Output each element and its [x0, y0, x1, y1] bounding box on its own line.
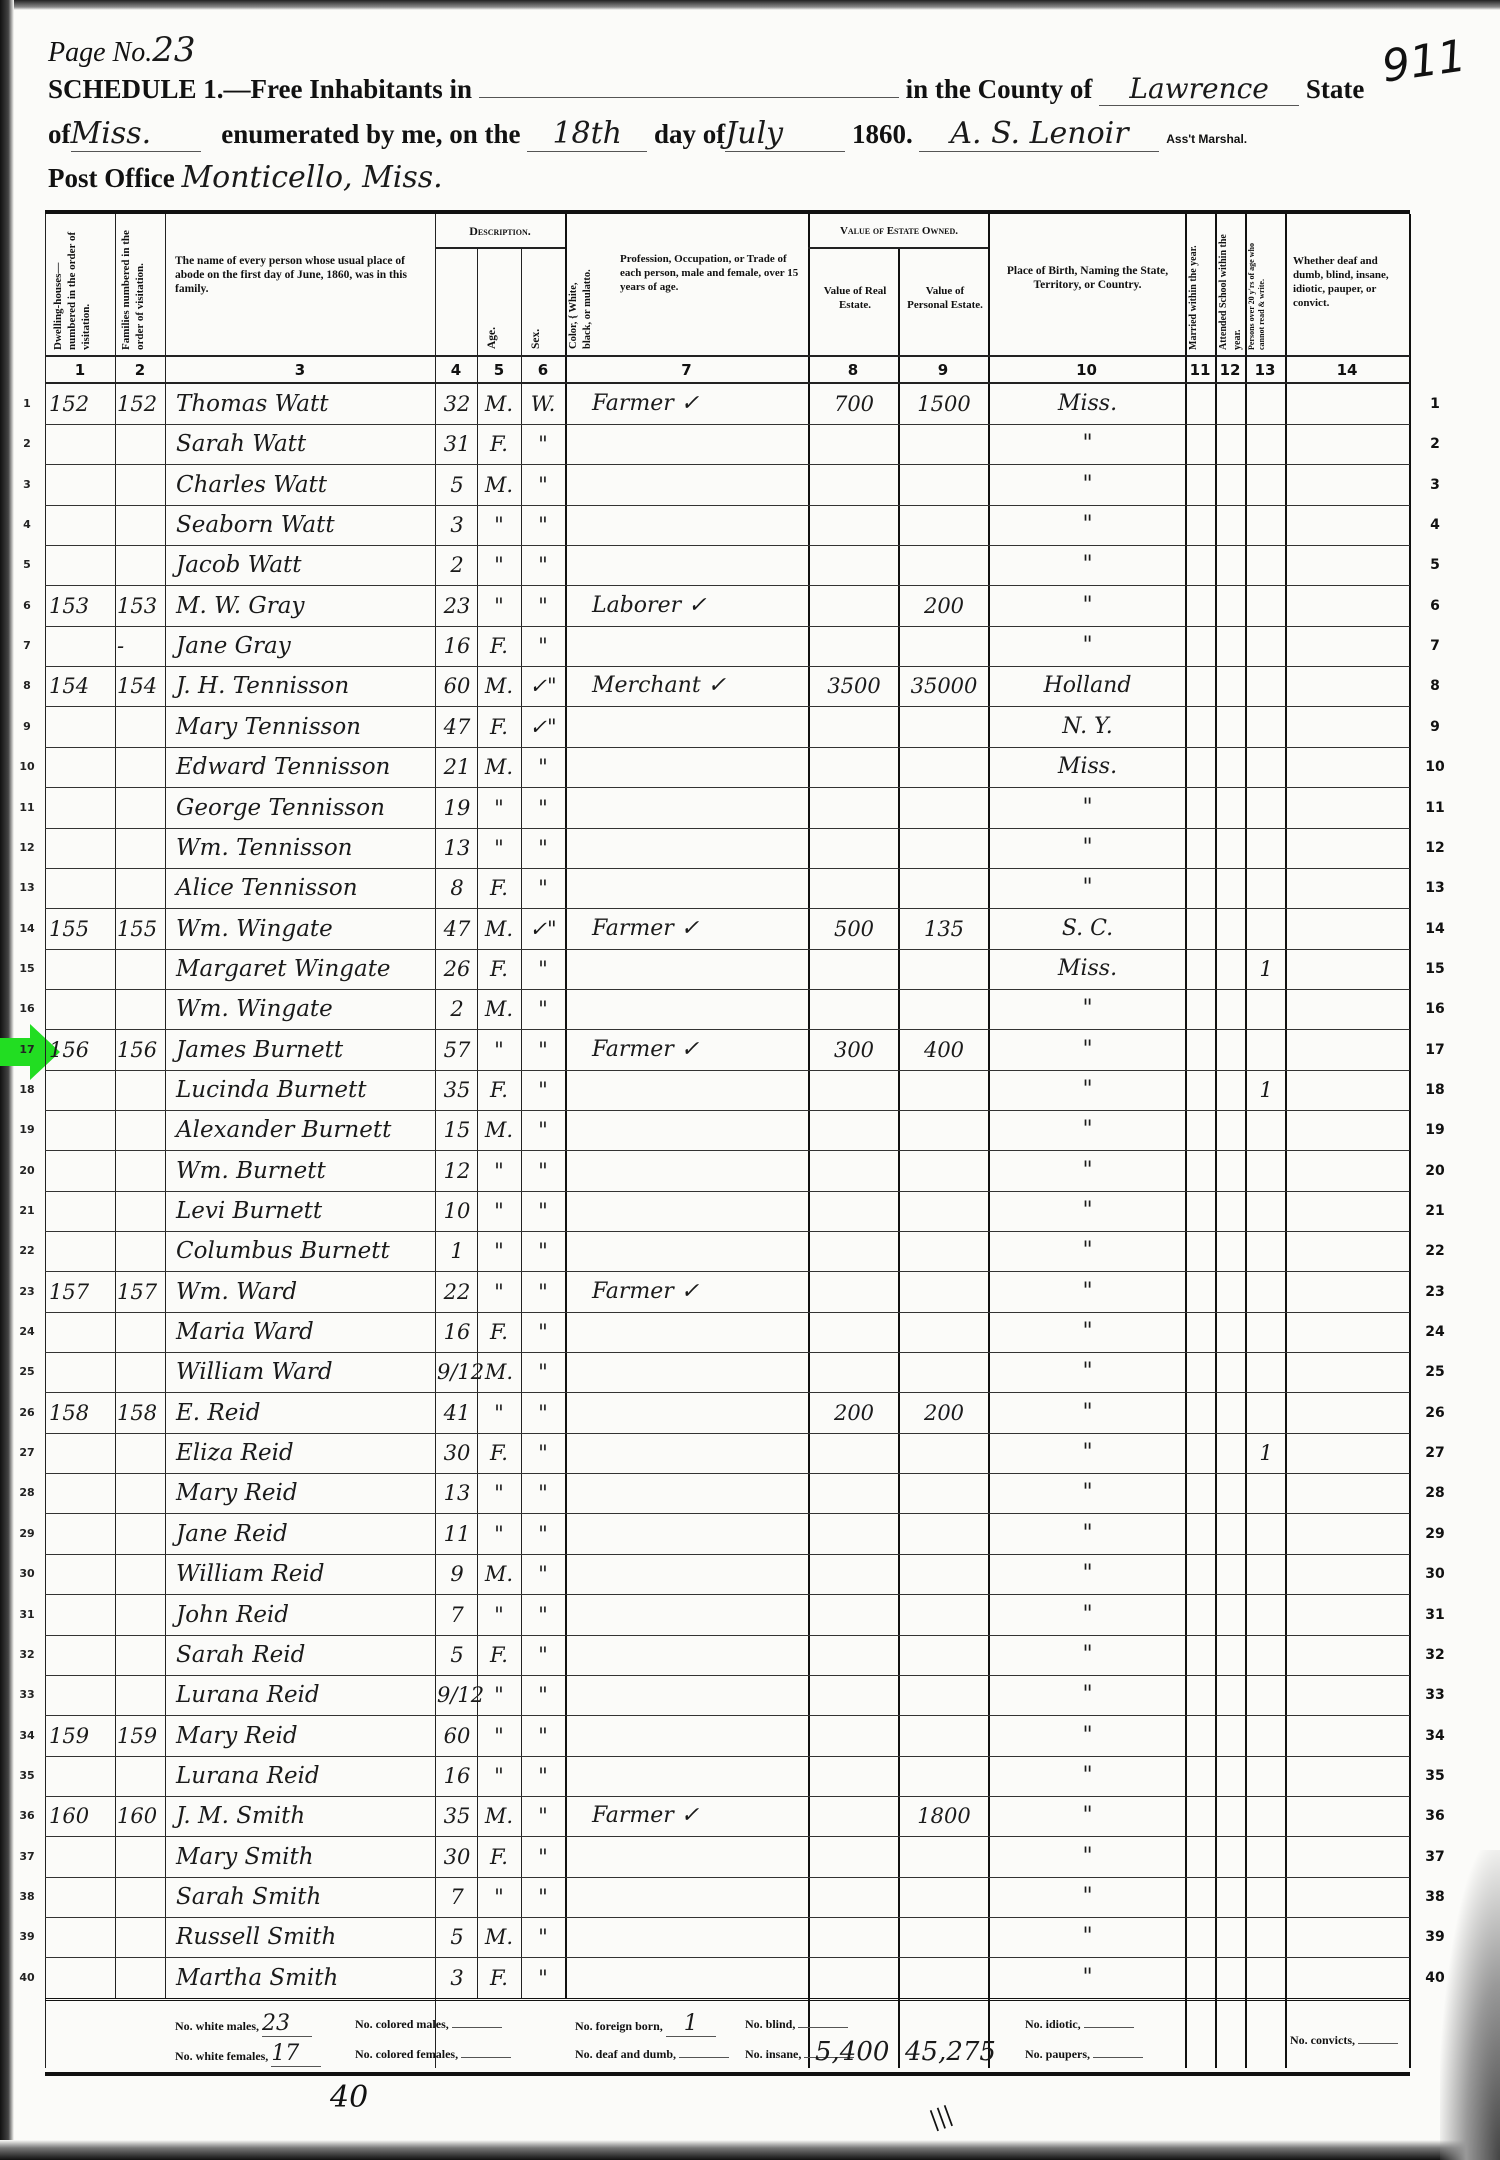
color-value: " — [521, 465, 565, 505]
col-num: 8 — [808, 357, 898, 383]
sex-value: F. — [477, 868, 521, 908]
table-row: 159159Mary Reid60"""3434 — [45, 1716, 1410, 1757]
color-value: " — [521, 1514, 565, 1554]
occupation-value — [580, 1514, 822, 1554]
married-mark — [1187, 666, 1215, 706]
line-number-right: 6 — [1415, 586, 1455, 626]
line-number-left: 32 — [14, 1635, 40, 1675]
occupation-value — [580, 989, 822, 1029]
dwelling-number — [49, 1595, 113, 1635]
school-mark — [1217, 1837, 1245, 1877]
person-name: J. H. Tennisson — [170, 666, 446, 706]
table-row: Lurana Reid16"""3535 — [45, 1756, 1410, 1797]
illiterate-mark — [1247, 626, 1285, 666]
person-name: E. Reid — [170, 1393, 446, 1433]
disability-value — [1287, 465, 1407, 505]
col-header-married: Married within the year. — [1187, 222, 1213, 350]
white-males-value: 23 — [262, 2011, 312, 2037]
post-office-line: Post Office Monticello, Miss. — [48, 160, 443, 195]
married-mark — [1187, 626, 1215, 666]
census-table: Dwelling-houses—numbered in the order of… — [45, 210, 1410, 2076]
personal-estate-value — [900, 545, 988, 585]
sex-value: " — [477, 1231, 521, 1271]
school-mark — [1217, 1796, 1245, 1836]
married-mark — [1187, 384, 1215, 424]
sex-value: F. — [477, 424, 521, 464]
school-mark — [1217, 1958, 1245, 1998]
birthplace-value: " — [990, 1393, 1185, 1433]
illiterate-mark — [1247, 1877, 1285, 1917]
real-estate-total: 5,400 — [815, 2037, 889, 2067]
age-value: 8 — [437, 868, 477, 908]
personal-estate-value — [900, 1191, 988, 1231]
illiterate-mark — [1247, 1151, 1285, 1191]
real-estate-value: 700 — [810, 384, 898, 424]
line-number-right: 8 — [1415, 666, 1455, 706]
col-header-dwelling: Dwelling-houses—numbered in the order of… — [51, 222, 111, 350]
real-estate-value — [810, 586, 898, 626]
real-estate-value — [810, 1312, 898, 1352]
line-number-left: 30 — [14, 1554, 40, 1594]
dwelling-number — [49, 788, 113, 828]
married-mark — [1187, 1433, 1215, 1473]
post-office-label: Post Office — [48, 163, 175, 193]
illiterate-mark — [1247, 586, 1285, 626]
sex-value: M. — [477, 465, 521, 505]
color-value: " — [521, 1595, 565, 1635]
table-row: Mary Reid13"""2828 — [45, 1473, 1410, 1514]
real-estate-value — [810, 626, 898, 666]
col-header-illiterate: Persons over 20 y'rs of age who cannot r… — [1247, 222, 1283, 350]
birthplace-value: " — [990, 1595, 1185, 1635]
illiterate-mark — [1247, 465, 1285, 505]
birthplace-value: " — [990, 1110, 1185, 1150]
age-value: 16 — [437, 1756, 477, 1796]
real-estate-value — [810, 1716, 898, 1756]
color-value: " — [521, 1070, 565, 1110]
disability-value — [1287, 384, 1407, 424]
married-mark — [1187, 788, 1215, 828]
illiterate-mark — [1247, 788, 1285, 828]
disability-value — [1287, 989, 1407, 1029]
line-number-right: 32 — [1415, 1635, 1455, 1675]
line-number-left: 13 — [14, 868, 40, 908]
disability-value — [1287, 1231, 1407, 1271]
illiterate-mark — [1247, 1231, 1285, 1271]
sex-value: " — [477, 1191, 521, 1231]
age-value: 22 — [437, 1272, 477, 1312]
table-row: Levi Burnett10"""2121 — [45, 1191, 1410, 1232]
person-name: Charles Watt — [170, 465, 446, 505]
personal-estate-value — [900, 1272, 988, 1312]
table-row: Mary Smith30F.""3737 — [45, 1837, 1410, 1878]
person-name: Lucinda Burnett — [170, 1070, 446, 1110]
color-value: ✓" — [521, 909, 565, 949]
sex-value: M. — [477, 909, 521, 949]
line-number-left: 17 — [14, 1030, 40, 1070]
white-females-field: No. white females, 17 — [175, 2041, 321, 2067]
occupation-value — [580, 1070, 822, 1110]
married-mark — [1187, 1231, 1215, 1271]
birthplace-value: " — [990, 1231, 1185, 1271]
day-of-label: day of — [654, 119, 725, 149]
dwelling-number — [49, 1917, 113, 1957]
person-name: Lurana Reid — [170, 1675, 446, 1715]
person-name: Mary Reid — [170, 1716, 446, 1756]
table-row: Edward Tennisson21M."Miss.1010 — [45, 747, 1410, 788]
occupation-value — [580, 1595, 822, 1635]
real-estate-value — [810, 1191, 898, 1231]
line-number-right: 10 — [1415, 747, 1455, 787]
dwelling-number — [49, 868, 113, 908]
real-estate-value — [810, 1917, 898, 1957]
col-num: 3 — [165, 357, 435, 383]
color-value: " — [521, 1272, 565, 1312]
family-number — [117, 949, 167, 989]
month-value: July — [725, 116, 845, 152]
sex-value: F. — [477, 1433, 521, 1473]
disability-value — [1287, 1514, 1407, 1554]
col-header-estate: Value of Estate Owned. — [810, 224, 988, 238]
occupation-value — [580, 545, 822, 585]
paupers-field: No. paupers, — [1025, 2047, 1143, 2062]
personal-estate-value: 200 — [900, 586, 988, 626]
person-name: Wm. Burnett — [170, 1151, 446, 1191]
line-number-left: 12 — [14, 828, 40, 868]
birthplace-value: " — [990, 868, 1185, 908]
line-number-right: 12 — [1415, 828, 1455, 868]
age-value: 1 — [437, 1231, 477, 1271]
school-mark — [1217, 1756, 1245, 1796]
disability-value — [1287, 868, 1407, 908]
white-females-value: 17 — [271, 2041, 321, 2067]
person-name: Alexander Burnett — [170, 1110, 446, 1150]
personal-estate-value — [900, 1070, 988, 1110]
family-number — [117, 1312, 167, 1352]
school-mark — [1217, 1272, 1245, 1312]
line-number-right: 31 — [1415, 1595, 1455, 1635]
illiterate-mark — [1247, 1917, 1285, 1957]
personal-estate-value — [900, 989, 988, 1029]
col-num: 14 — [1285, 357, 1409, 383]
personal-estate-value — [900, 626, 988, 666]
occupation-value — [580, 1393, 822, 1433]
dwelling-number: 159 — [49, 1716, 113, 1756]
line-number-right: 38 — [1415, 1877, 1455, 1917]
personal-estate-value — [900, 1352, 988, 1392]
age-value: 47 — [437, 909, 477, 949]
personal-estate-value — [900, 747, 988, 787]
school-mark — [1217, 1110, 1245, 1150]
married-mark — [1187, 1473, 1215, 1513]
disability-value — [1287, 1352, 1407, 1392]
birthplace-value: " — [990, 505, 1185, 545]
col-num: 5 — [477, 357, 521, 383]
dwelling-number: 152 — [49, 384, 113, 424]
dwelling-number: 156 — [49, 1030, 113, 1070]
sex-value: F. — [477, 1635, 521, 1675]
occupation-value — [580, 424, 822, 464]
color-value: " — [521, 1110, 565, 1150]
line-number-left: 9 — [14, 707, 40, 747]
table-row: Mary Tennisson47F.✓"N. Y.99 — [45, 707, 1410, 748]
age-value: 9/12 — [437, 1675, 477, 1715]
birthplace-value: " — [990, 1958, 1185, 1998]
color-value: W. — [521, 384, 565, 424]
foreign-born-value: 1 — [666, 2011, 716, 2037]
line-number-left: 11 — [14, 788, 40, 828]
school-mark — [1217, 1393, 1245, 1433]
dwelling-number — [49, 626, 113, 666]
disability-value — [1287, 1191, 1407, 1231]
real-estate-value — [810, 1837, 898, 1877]
sex-value: " — [477, 1716, 521, 1756]
line-number-left: 28 — [14, 1473, 40, 1513]
birthplace-value: Miss. — [990, 949, 1185, 989]
illiterate-mark — [1247, 1756, 1285, 1796]
school-mark — [1217, 707, 1245, 747]
table-row: Columbus Burnett1"""2222 — [45, 1231, 1410, 1272]
person-name: George Tennisson — [170, 788, 446, 828]
person-name: Jacob Watt — [170, 545, 446, 585]
sex-value: " — [477, 1151, 521, 1191]
birthplace-value: N. Y. — [990, 707, 1185, 747]
illiterate-mark — [1247, 1595, 1285, 1635]
tally-annotation: ||| — [926, 2102, 955, 2133]
sex-value: " — [477, 545, 521, 585]
occupation-value — [580, 1191, 822, 1231]
sex-value: " — [477, 1030, 521, 1070]
dwelling-number: 160 — [49, 1796, 113, 1836]
table-row: Russell Smith5M.""3939 — [45, 1917, 1410, 1958]
line-number-right: 18 — [1415, 1070, 1455, 1110]
dwelling-number: 154 — [49, 666, 113, 706]
sex-value: " — [477, 788, 521, 828]
married-mark — [1187, 1070, 1215, 1110]
dwelling-number — [49, 1635, 113, 1675]
family-number — [117, 1595, 167, 1635]
line-number-right: 11 — [1415, 788, 1455, 828]
line-number-right: 23 — [1415, 1272, 1455, 1312]
person-name: Sarah Watt — [170, 424, 446, 464]
table-row: Wm. Burnett12"""2020 — [45, 1151, 1410, 1192]
illiterate-mark — [1247, 1030, 1285, 1070]
married-mark — [1187, 989, 1215, 1029]
scan-edge-bottom — [0, 2140, 1500, 2160]
disability-value — [1287, 1675, 1407, 1715]
col-header-family: Families numbered in the order of visita… — [119, 222, 161, 350]
line-number-left: 37 — [14, 1837, 40, 1877]
disability-value — [1287, 1917, 1407, 1957]
school-mark — [1217, 1151, 1245, 1191]
school-mark — [1217, 545, 1245, 585]
marshal-label: Ass't Marshal. — [1166, 132, 1247, 146]
line-number-right: 40 — [1415, 1958, 1455, 1998]
line-number-left: 16 — [14, 989, 40, 1029]
occupation-value — [580, 1312, 822, 1352]
personal-estate-value — [900, 868, 988, 908]
sex-value: " — [477, 505, 521, 545]
person-name: Alice Tennisson — [170, 868, 446, 908]
disability-value — [1287, 949, 1407, 989]
married-mark — [1187, 909, 1215, 949]
age-value: 47 — [437, 707, 477, 747]
birthplace-value: " — [990, 828, 1185, 868]
table-row: 155155Wm. Wingate47M.✓"Farmer ✓500135S. … — [45, 909, 1410, 950]
real-estate-value — [810, 1231, 898, 1271]
person-name: Wm. Wingate — [170, 989, 446, 1029]
dwelling-number — [49, 949, 113, 989]
col-header-name: The name of every person whose usual pla… — [175, 254, 430, 296]
real-estate-value — [810, 1514, 898, 1554]
person-name: Wm. Ward — [170, 1272, 446, 1312]
school-mark — [1217, 424, 1245, 464]
col-num: 13 — [1245, 357, 1285, 383]
age-value: 5 — [437, 1635, 477, 1675]
disability-value — [1287, 1796, 1407, 1836]
personal-estate-value — [900, 1231, 988, 1271]
personal-estate-value — [900, 1716, 988, 1756]
line-number-right: 36 — [1415, 1796, 1455, 1836]
dwelling-number: 153 — [49, 586, 113, 626]
convicts-field: No. convicts, — [1290, 2033, 1398, 2048]
line-number-left: 34 — [14, 1716, 40, 1756]
family-number — [117, 1635, 167, 1675]
family-number — [117, 1877, 167, 1917]
line-number-right: 7 — [1415, 626, 1455, 666]
table-row: 160160J. M. Smith35M."Farmer ✓1800"3636 — [45, 1796, 1410, 1837]
family-number — [117, 1756, 167, 1796]
real-estate-value — [810, 1877, 898, 1917]
page-number-label: Page No. — [48, 37, 152, 68]
birthplace-value: " — [990, 1554, 1185, 1594]
married-mark — [1187, 1191, 1215, 1231]
col-num: 4 — [435, 357, 477, 383]
color-value: " — [521, 586, 565, 626]
school-mark — [1217, 1191, 1245, 1231]
birthplace-value: " — [990, 1433, 1185, 1473]
color-value: " — [521, 1796, 565, 1836]
disability-value — [1287, 1595, 1407, 1635]
line-number-left: 1 — [14, 384, 40, 424]
sex-value: M. — [477, 666, 521, 706]
school-mark — [1217, 1030, 1245, 1070]
dwelling-number: 158 — [49, 1393, 113, 1433]
married-mark — [1187, 465, 1215, 505]
township-blank — [479, 97, 899, 98]
schedule-title-line: SCHEDULE 1.—Free Inhabitants in in the C… — [48, 72, 1364, 106]
table-row: 158158E. Reid41""200200"2626 — [45, 1393, 1410, 1434]
personal-estate-value: 35000 — [900, 666, 988, 706]
post-office-value: Monticello, Miss. — [181, 160, 442, 195]
age-value: 2 — [437, 989, 477, 1029]
person-name: John Reid — [170, 1595, 446, 1635]
sex-value: " — [477, 1595, 521, 1635]
real-estate-value — [810, 747, 898, 787]
person-name: Columbus Burnett — [170, 1231, 446, 1271]
married-mark — [1187, 707, 1215, 747]
birthplace-value: " — [990, 1917, 1185, 1957]
birthplace-value: Miss. — [990, 384, 1185, 424]
age-value: 30 — [437, 1433, 477, 1473]
col-num: 11 — [1185, 357, 1215, 383]
col-header-birthplace: Place of Birth, Naming the State, Territ… — [995, 264, 1180, 292]
age-value: 15 — [437, 1110, 477, 1150]
real-estate-value — [810, 545, 898, 585]
school-mark — [1217, 384, 1245, 424]
personal-estate-value — [900, 788, 988, 828]
disability-value — [1287, 1958, 1407, 1998]
line-number-right: 30 — [1415, 1554, 1455, 1594]
color-value: " — [521, 828, 565, 868]
occupation-value — [580, 868, 822, 908]
table-row: Sarah Smith7"""3838 — [45, 1877, 1410, 1918]
description-underline — [435, 247, 565, 249]
family-number — [117, 828, 167, 868]
color-value: " — [521, 626, 565, 666]
of-label: of — [48, 119, 71, 149]
line-number-right: 24 — [1415, 1312, 1455, 1352]
illiterate-mark — [1247, 707, 1285, 747]
illiterate-mark — [1247, 1796, 1285, 1836]
school-mark — [1217, 1716, 1245, 1756]
color-value: ✓" — [521, 707, 565, 747]
school-mark — [1217, 1917, 1245, 1957]
person-name: Eliza Reid — [170, 1433, 446, 1473]
dwelling-number — [49, 1675, 113, 1715]
illiterate-mark — [1247, 828, 1285, 868]
family-number — [117, 1514, 167, 1554]
illiterate-mark — [1247, 505, 1285, 545]
personal-estate-value — [900, 1473, 988, 1513]
page-summary: No. white males, 23 No. colored males, N… — [45, 1998, 1410, 2071]
table-row: 157157Wm. Ward22""Farmer ✓"2323 — [45, 1272, 1410, 1313]
line-number-left: 39 — [14, 1917, 40, 1957]
personal-estate-value — [900, 424, 988, 464]
dwelling-number — [49, 1433, 113, 1473]
school-mark — [1217, 626, 1245, 666]
dwelling-number — [49, 1352, 113, 1392]
disability-value — [1287, 1837, 1407, 1877]
illiterate-mark — [1247, 1272, 1285, 1312]
real-estate-value — [810, 505, 898, 545]
family-number — [117, 1151, 167, 1191]
col-num: 12 — [1215, 357, 1245, 383]
county-value: Lawrence — [1099, 72, 1299, 106]
dwelling-number — [49, 1191, 113, 1231]
line-number-left: 14 — [14, 909, 40, 949]
dwelling-number — [49, 545, 113, 585]
occupation-value — [580, 1473, 822, 1513]
married-mark — [1187, 1352, 1215, 1392]
table-row: Martha Smith3F.""4040 — [45, 1958, 1410, 1999]
personal-estate-value — [900, 707, 988, 747]
married-mark — [1187, 1272, 1215, 1312]
family-number — [117, 788, 167, 828]
colored-females-field: No. colored females, — [355, 2047, 511, 2062]
birthplace-value: S. C. — [990, 909, 1185, 949]
sex-value: M. — [477, 1917, 521, 1957]
married-mark — [1187, 1756, 1215, 1796]
married-mark — [1187, 1514, 1215, 1554]
dwelling-number — [49, 465, 113, 505]
family-number — [117, 1917, 167, 1957]
sex-value: " — [477, 1877, 521, 1917]
color-value: " — [521, 1877, 565, 1917]
age-value: 60 — [437, 1716, 477, 1756]
sex-value: F. — [477, 1070, 521, 1110]
color-value: " — [521, 1191, 565, 1231]
